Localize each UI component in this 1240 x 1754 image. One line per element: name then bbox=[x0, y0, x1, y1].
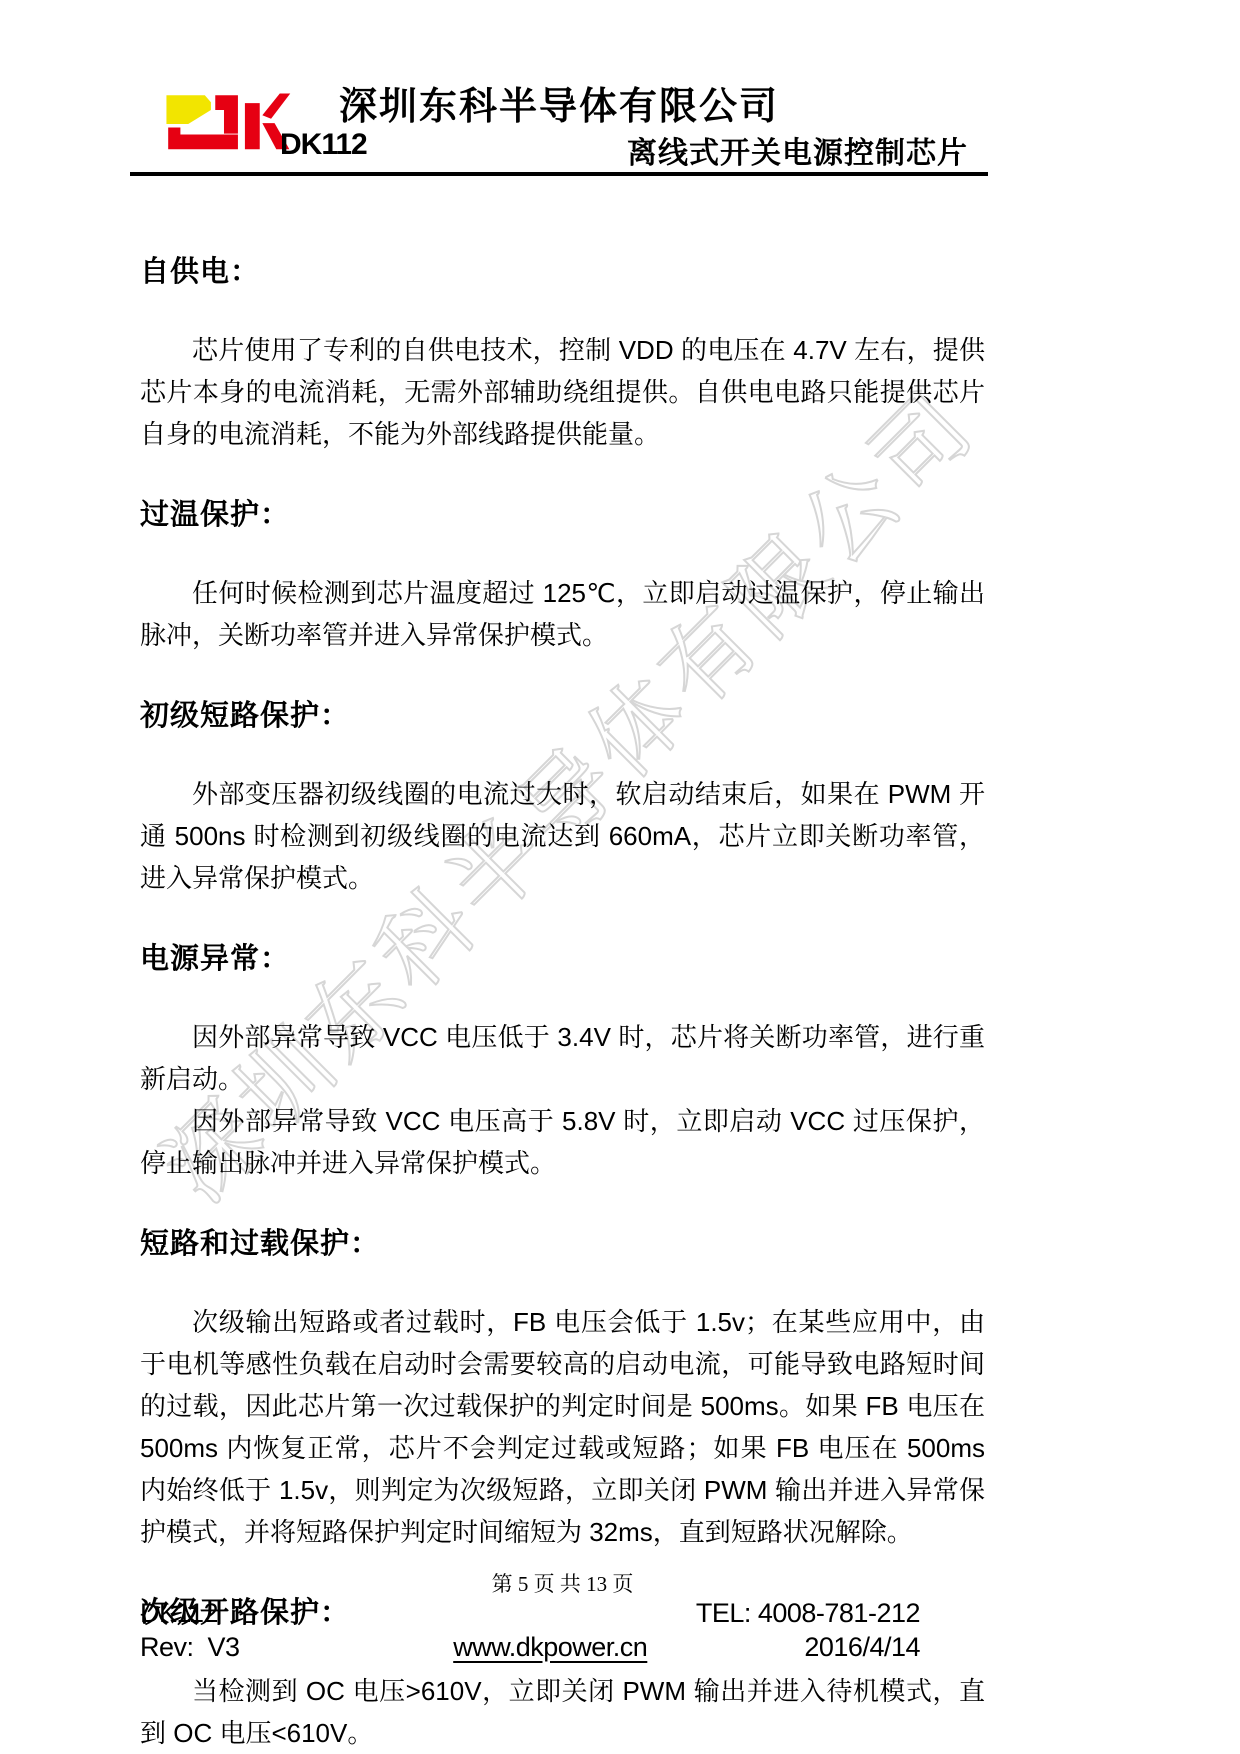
footer-tel: TEL: 4008-781-212 bbox=[696, 1596, 985, 1630]
section-heading: 自供电： bbox=[140, 256, 985, 289]
section-heading: 初级短路保护： bbox=[140, 700, 985, 733]
footer-grid: DK112 TEL: 4008-781-212 Rev: V3 www.dkpo… bbox=[140, 1596, 985, 1664]
footer-product: DK112 bbox=[140, 1596, 405, 1630]
footer-date: 2016/4/14 bbox=[696, 1630, 985, 1664]
section-paragraph: 任何时候检测到芯片温度超过 125℃，立即启动过温保护，停止输出脉冲，关断功率管… bbox=[140, 572, 985, 656]
datasheet-page: 深圳东科半导体有限公司 深圳东科半导体有限公司 DK112 离线式开关电源控制芯… bbox=[0, 0, 1240, 1754]
section-heading: 过温保护： bbox=[140, 499, 985, 532]
section-over-temperature: 过温保护： 任何时候检测到芯片温度超过 125℃，立即启动过温保护，停止输出脉冲… bbox=[140, 499, 985, 656]
main-content: 自供电： 芯片使用了专利的自供电技术，控制 VDD 的电压在 4.7V 左右，提… bbox=[140, 176, 985, 1754]
section-paragraph: 外部变压器初级线圈的电流过大时，软启动结束后，如果在 PWM 开通 500ns … bbox=[140, 773, 985, 899]
section-heading: 短路和过载保护： bbox=[140, 1228, 985, 1261]
section-paragraph: 次级输出短路或者过载时，FB 电压会低于 1.5v；在某些应用中，由于电机等感性… bbox=[140, 1301, 985, 1553]
footer-revision: Rev: V3 bbox=[140, 1630, 405, 1664]
page-number: 第 5 页 共 13 页 bbox=[140, 1572, 985, 1596]
dk-logo-icon bbox=[148, 90, 293, 158]
footer-website-link[interactable]: www.dkpower.cn bbox=[453, 1632, 647, 1662]
section-self-power: 自供电： 芯片使用了专利的自供电技术，控制 VDD 的电压在 4.7V 左右，提… bbox=[140, 256, 985, 455]
page-footer: 第 5 页 共 13 页 DK112 TEL: 4008-781-212 Rev… bbox=[140, 1572, 985, 1664]
section-power-abnormal: 电源异常： 因外部异常导致 VCC 电压低于 3.4V 时，芯片将关断功率管，进… bbox=[140, 943, 985, 1184]
section-paragraph: 因外部异常导致 VCC 电压高于 5.8V 时，立即启动 VCC 过压保护，停止… bbox=[140, 1100, 985, 1184]
section-primary-short-circuit: 初级短路保护： 外部变压器初级线圈的电流过大时，软启动结束后，如果在 PWM 开… bbox=[140, 700, 985, 899]
section-paragraph: 因外部异常导致 VCC 电压低于 3.4V 时，芯片将关断功率管，进行重新启动。 bbox=[140, 1016, 985, 1100]
footer-spacer bbox=[405, 1596, 696, 1630]
product-code: DK112 bbox=[280, 128, 367, 162]
section-short-overload-protection: 短路和过载保护： 次级输出短路或者过载时，FB 电压会低于 1.5v；在某些应用… bbox=[140, 1228, 985, 1553]
section-paragraph: 当检测到 OC 电压>610V，立即关闭 PWM 输出并进入待机模式，直到 OC… bbox=[140, 1670, 985, 1754]
section-paragraph: 芯片使用了专利的自供电技术，控制 VDD 的电压在 4.7V 左右，提供芯片本身… bbox=[140, 329, 985, 455]
section-heading: 电源异常： bbox=[140, 943, 985, 976]
doc-subtitle: 离线式开关电源控制芯片 bbox=[627, 128, 968, 172]
page-header: 深圳东科半导体有限公司 DK112 离线式开关电源控制芯片 bbox=[130, 76, 988, 172]
